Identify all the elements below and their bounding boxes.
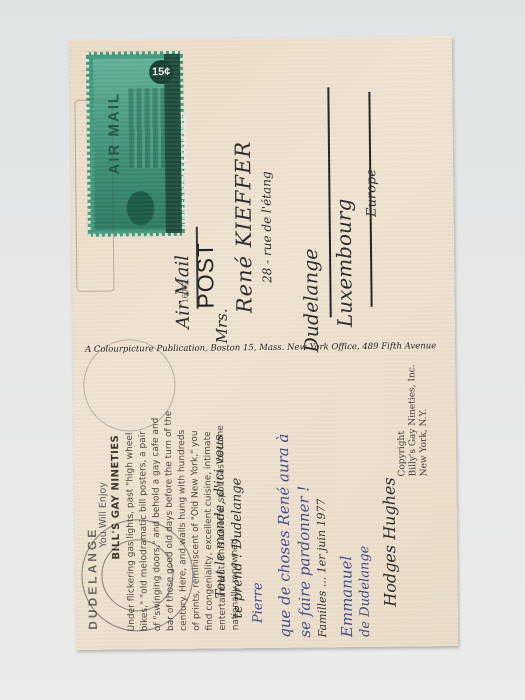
stamp-country-label: UNITED STATES POSTAGE (180, 112, 190, 226)
address-city: Dudelange (300, 248, 323, 352)
message-line: te prend ! Dudelange (229, 478, 245, 619)
message-line: Familles ... 1er juin 1977 (315, 498, 329, 637)
message-line: de Dudelange (357, 546, 373, 637)
card-number: 16002 (180, 281, 189, 303)
message-line: Emmanuel (337, 556, 356, 638)
postcard: 15¢ AIR MAIL UNITED STATES POSTAGE Air M… (70, 36, 458, 650)
message-line: Hodges Hughes (379, 477, 399, 607)
address-salutation: Mrs. (213, 308, 231, 343)
copyright-line: New York, N.Y. (418, 364, 430, 476)
postmark-city: DUDELANGE (85, 527, 100, 630)
copyright-line: Billy's Gay Nineties, Inc. (407, 364, 419, 476)
cancellation-box (74, 100, 114, 292)
message-line: que de choses René aura à (274, 434, 294, 638)
new-york-postmark (83, 339, 176, 432)
skyline-icon (128, 88, 169, 168)
message-line: Tout le monde, d'ici vous (212, 435, 229, 599)
postmark-inner-ring (101, 539, 174, 612)
copyright-block: Copyright Billy's Gay Nineties, Inc. New… (396, 364, 430, 476)
address-continent: Europe (364, 169, 380, 217)
message-line: se faire pardonner ! (294, 486, 314, 638)
address-country: Luxembourg (331, 199, 356, 328)
post-label: POST (192, 242, 220, 309)
message-line: Pierre (251, 582, 266, 623)
address-street: 28 - rue de l'étang (259, 171, 274, 283)
stamp-denomination: 15¢ (149, 60, 173, 84)
address-name: René KIEFFER (231, 141, 257, 314)
statue-of-liberty-icon (124, 178, 165, 228)
